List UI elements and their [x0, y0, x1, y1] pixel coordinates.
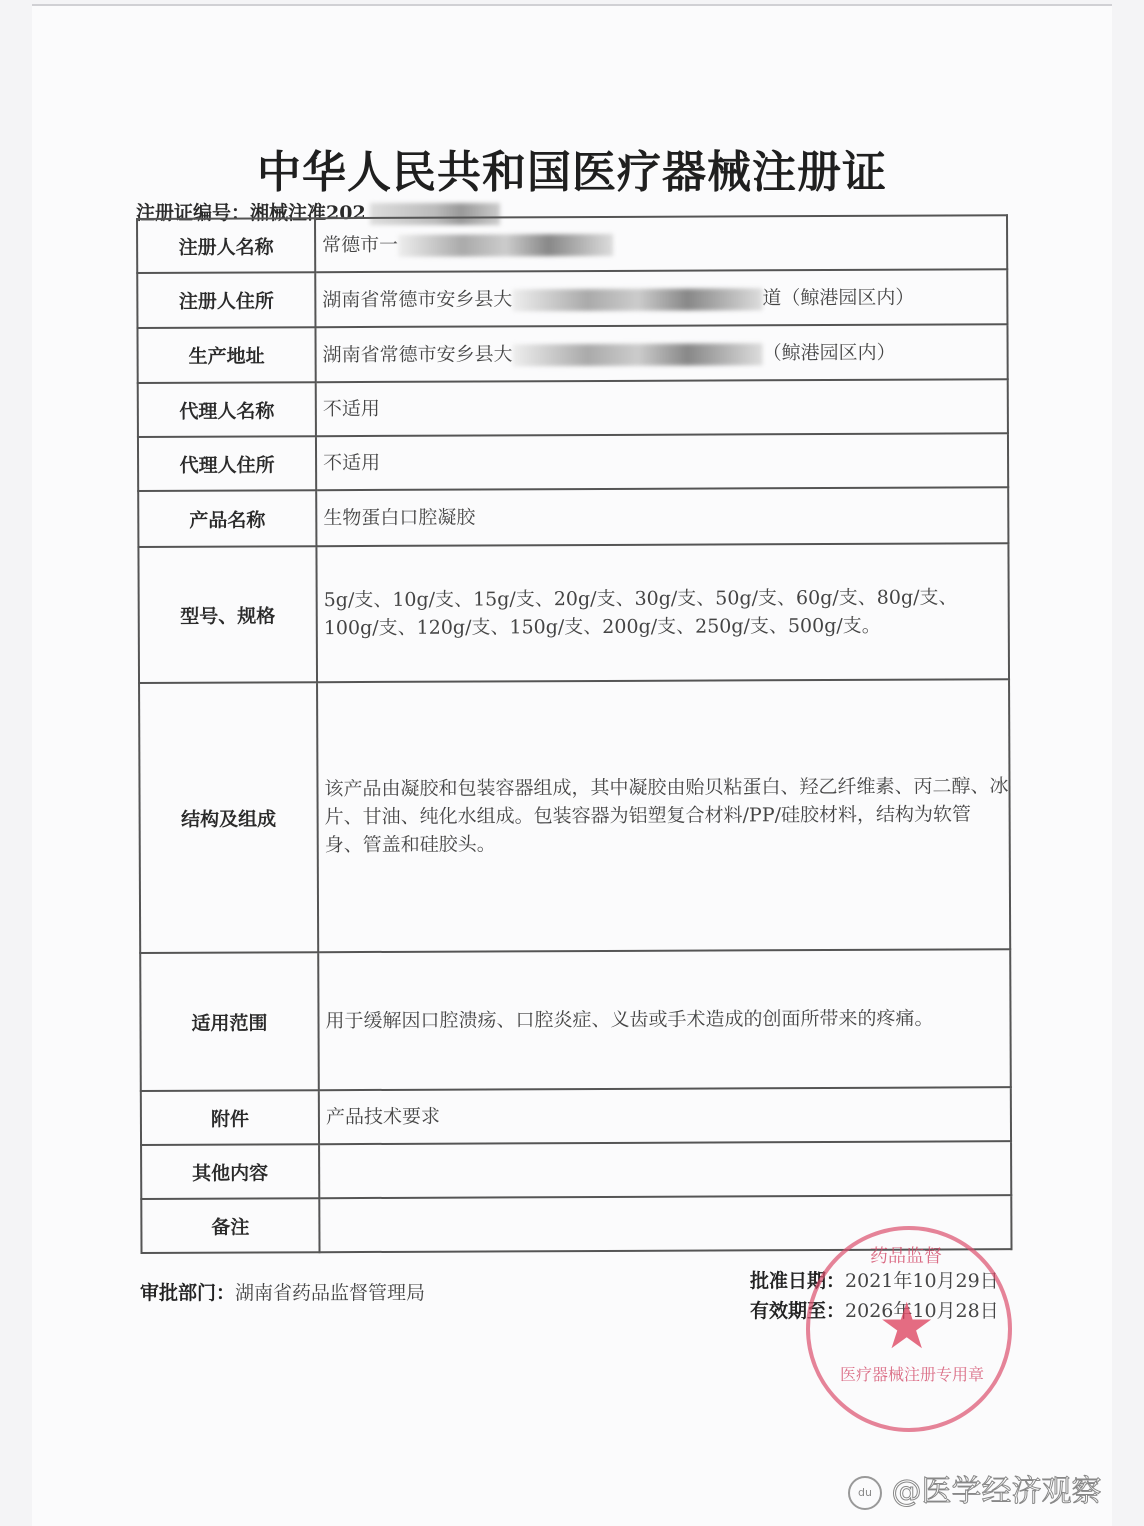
table-row: 注册人名称 常德市一	[137, 215, 1007, 273]
seal-top-text: 药品监督	[870, 1242, 942, 1268]
row-label: 备注	[141, 1198, 319, 1253]
table-row: 型号、规格 5g/支、10g/支、15g/支、20g/支、30g/支、50g/支…	[138, 543, 1009, 683]
table-row: 产品名称 生物蛋白口腔凝胶	[138, 487, 1008, 547]
redaction	[398, 234, 613, 257]
certificate-table: 注册人名称 常德市一 注册人住所 湖南省常德市安乡县大道（鲸港园区内） 生产地址…	[136, 214, 1013, 1254]
row-value: 不适用	[316, 433, 1008, 490]
star-icon: ★	[878, 1290, 935, 1364]
row-label: 结构及组成	[139, 682, 318, 953]
row-value: 湖南省常德市安乡县大（鲸港园区内）	[315, 324, 1007, 382]
row-value: 生物蛋白口腔凝胶	[316, 487, 1008, 546]
row-label: 适用范围	[140, 952, 319, 1091]
official-seal: 药品监督 ★ 医疗器械注册专用章	[806, 1226, 1012, 1432]
row-label: 代理人住所	[138, 436, 316, 491]
table-row: 注册人住所 湖南省常德市安乡县大道（鲸港园区内）	[137, 269, 1007, 328]
row-label: 注册人住所	[137, 272, 315, 328]
approval-department: 审批部门：湖南省药品监督管理局	[140, 1278, 425, 1305]
table-row: 附件 产品技术要求	[141, 1087, 1011, 1145]
seal-bottom-text: 医疗器械注册专用章	[840, 1362, 984, 1385]
redaction	[513, 343, 763, 366]
row-label: 型号、规格	[138, 546, 317, 683]
row-value: 该产品由凝胶和包装容器组成，其中凝胶由贻贝粘蛋白、羟乙纤维素、丙二醇、冰片、甘油…	[317, 679, 1010, 952]
row-value: 5g/支、10g/支、15g/支、20g/支、30g/支、50g/支、60g/支…	[316, 543, 1009, 682]
dept-label: 审批部门：	[140, 1282, 235, 1304]
dept-value: 湖南省药品监督管理局	[235, 1282, 425, 1304]
row-label: 附件	[141, 1090, 319, 1145]
table-row: 代理人住所 不适用	[138, 433, 1008, 491]
watermark-text: @医学经济观察	[892, 1474, 1102, 1509]
table-row: 适用范围 用于缓解因口腔溃疡、口腔炎症、义齿或手术造成的创面所带来的疼痛。	[140, 949, 1011, 1091]
row-value: 常德市一	[315, 215, 1007, 272]
row-label: 代理人名称	[138, 382, 316, 437]
baidu-paw-icon: du	[848, 1476, 882, 1510]
row-value: 不适用	[316, 379, 1008, 436]
row-label: 产品名称	[138, 490, 316, 547]
row-value: 用于缓解因口腔溃疡、口腔炎症、义齿或手术造成的创面所带来的疼痛。	[318, 949, 1011, 1090]
document-title: 中华人民共和国医疗器械注册证	[0, 136, 1144, 200]
table-row: 生产地址 湖南省常德市安乡县大（鲸港园区内）	[137, 324, 1007, 383]
row-label: 其他内容	[141, 1144, 319, 1199]
row-label: 生产地址	[137, 327, 315, 383]
row-value	[319, 1141, 1011, 1198]
table-row: 代理人名称 不适用	[138, 379, 1008, 437]
row-value: 湖南省常德市安乡县大道（鲸港园区内）	[315, 269, 1007, 327]
table-row: 其他内容	[141, 1141, 1011, 1199]
redaction	[512, 288, 762, 311]
watermark: du @医学经济观察	[848, 1466, 1102, 1510]
row-value: 产品技术要求	[319, 1087, 1011, 1144]
table-row: 结构及组成 该产品由凝胶和包装容器组成，其中凝胶由贻贝粘蛋白、羟乙纤维素、丙二醇…	[139, 679, 1010, 953]
row-label: 注册人名称	[137, 218, 315, 273]
